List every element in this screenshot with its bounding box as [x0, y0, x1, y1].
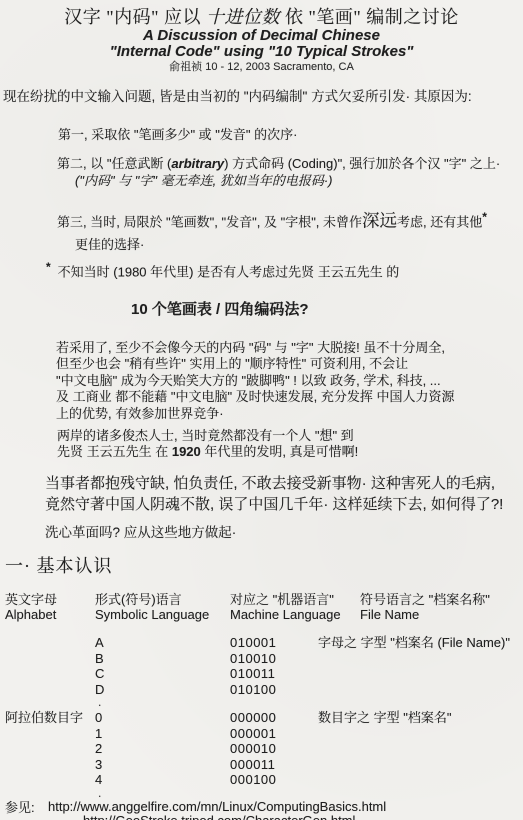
year-1920-bold: 1920: [172, 444, 201, 459]
digits-group-label: 阿拉伯数目字: [5, 710, 83, 726]
symbol-cell: 0: [95, 710, 230, 726]
lament-line1: 当事者都抱残守缺, 怕负责任, 不敢去接受新事物· 这种害死人的毛病,: [45, 473, 523, 494]
header-zh: 符号语言之 "档案名称": [360, 592, 490, 607]
column-header-alphabet: 英文字母Alphabet: [5, 592, 95, 622]
page-title-en-line1: A Discussion of Decimal Chinese: [0, 28, 523, 44]
header-zh: 形式(符号)语言: [95, 592, 182, 607]
machine-code-cell: 000001: [230, 726, 318, 742]
pity-paragraph: 两岸的诸多俊杰人士, 当时竟然都没有一个人 "想" 到 先贤 王云五先生 在 1…: [57, 428, 523, 460]
table-row: 4000100: [0, 772, 523, 788]
footnote: *不知当时 (1980 年代里) 是否有人考虑过先贤 王云五先生 的: [46, 259, 523, 280]
reference-link-1: http://www.anggelfire.com/mn/Linux/Compu…: [0, 800, 523, 814]
table-row: 2000010: [0, 741, 523, 757]
symbol-cell: 2: [95, 741, 230, 757]
page-title-zh: 汉字 "内码" 应以 十进位数 依 "笔画" 编制之讨论: [0, 6, 523, 28]
continuation-ellipsis: .: [0, 697, 523, 707]
table-row: A010001字母之 字型 "档案名 (File Name)": [0, 635, 523, 651]
symbol-cell: D: [95, 682, 230, 698]
pity-line2-post: 年代里的发明, 真是可惜啊!: [201, 444, 358, 459]
reason-second-seg1: 第二, 以 "任意武断 (: [57, 156, 171, 171]
header-en: Alphabet: [5, 607, 95, 622]
digits-group: 阿拉伯数目字 0000000数目字之 字型 "档案名" 1000001 2000…: [0, 710, 523, 798]
table-row: 1000001: [0, 726, 523, 742]
title-zh-italic: 十进位数: [206, 7, 280, 27]
note-cell: [318, 682, 523, 698]
asterisk-superscript: *: [482, 210, 487, 224]
symbol-cell: B: [95, 651, 230, 667]
reason-third: 第三, 当时, 局限於 "笔画数", "发音", 及 "字根", 未曾作深远考虑…: [57, 206, 523, 253]
adopt-line: 上的优势, 有效参加世界竞争·: [56, 406, 523, 423]
column-header-filename: 符号语言之 "档案名称"File Name: [360, 592, 523, 622]
stroke-table-highlight: 10 个笔画表 / 四角编码法?: [131, 301, 523, 319]
footnote-text: 不知当时 (1980 年代里) 是否有人考虑过先贤 王云五先生 的: [58, 265, 400, 280]
intro-paragraph: 现在纷扰的中文输入问题, 皆是由当初的 "内码编制" 方式欠妥所引发· 其原因为…: [3, 88, 523, 105]
reason-third-seg2: 考虑, 还有其他: [397, 214, 482, 229]
arbitrary-emphasis: arbitrary: [171, 156, 224, 171]
reason-third-line2: 更佳的选择·: [57, 237, 523, 253]
note-cell: [318, 757, 523, 773]
footnote-marker: *: [46, 260, 51, 274]
reason-first: 第一, 采取依 "笔画多少" 或 "发音" 的次序·: [58, 126, 523, 143]
references-footer: 参见: http://www.anggelfire.com/mn/Linux/C…: [0, 800, 523, 820]
lament-paragraph: 当事者都抱残守缺, 怕负责任, 不敢去接受新事物· 这种害死人的毛病, 竟然守著…: [45, 473, 523, 515]
scanned-document-page: 汉字 "内码" 应以 十进位数 依 "笔画" 编制之讨论 A Discussio…: [0, 0, 523, 820]
adopt-line: 若采用了, 至少不会像今天的内码 "码" 与 "字" 大脱接! 虽不十分周全,: [56, 340, 523, 357]
letters-group: A010001字母之 字型 "档案名 (File Name)" B010010 …: [0, 635, 523, 707]
adopt-line: 及 工商业 都不能藉 "中文电脑" 及时快速发展, 充分发挥 中国人力资源: [56, 389, 523, 406]
machine-code-cell: 010100: [230, 682, 318, 698]
references-label: 参见:: [5, 801, 35, 815]
machine-code-cell: 000000: [230, 710, 318, 726]
note-cell: [318, 772, 523, 788]
note-cell: [318, 726, 523, 742]
reason-third-line1: 第三, 当时, 局限於 "笔画数", "发音", 及 "字根", 未曾作深远考虑…: [57, 206, 523, 233]
reason-second: 第二, 以 "任意武断 (arbitrary) 方式命码 (Coding)", …: [57, 156, 523, 189]
continuation-ellipsis: .: [0, 788, 523, 798]
note-cell: [318, 741, 523, 757]
table-row: B010010: [0, 651, 523, 667]
pity-line2-pre: 先贤 王云五先生 在: [57, 444, 172, 459]
lament-line2: 竟然守著中国人阴魂不散, 误了中国几千年· 这样延续下去, 如何得了?!: [45, 494, 523, 515]
reason-third-seg1: 第三, 当时, 局限於 "笔画数", "发音", 及 "字根", 未曾作: [57, 214, 362, 229]
section-heading: 一· 基本认识: [5, 555, 523, 577]
table-row: C010011: [0, 666, 523, 682]
column-header-machine: 对应之 "机器语言"Machine Language: [230, 592, 360, 622]
pity-line1: 两岸的诸多俊杰人士, 当时竟然都没有一个人 "想" 到: [57, 428, 523, 444]
adopt-line: 但至少也会 "稍有些许" 实用上的 "顺序特性" 可资利用, 不会让: [56, 356, 523, 373]
header-zh: 对应之 "机器语言": [230, 592, 334, 607]
machine-code-cell: 010001: [230, 635, 318, 651]
symbol-cell: A: [95, 635, 230, 651]
reform-line: 洗心革面吗? 应从这些地方做起·: [45, 524, 523, 541]
symbol-cell: C: [95, 666, 230, 682]
reason-second-seg2: ) 方式命码 (Coding)", 强行加於各个汉 "字" 之上·: [224, 156, 500, 171]
symbol-cell: 1: [95, 726, 230, 742]
adopt-line: "中文电脑" 成为今天贻笑大方的 "跛脚鸭" ! 以致 政务, 学术, 科技, …: [56, 373, 523, 390]
machine-code-cell: 000011: [230, 757, 318, 773]
note-cell: [318, 651, 523, 667]
header-en: Symbolic Language: [95, 607, 230, 622]
byline: 俞祖祯 10 - 12, 2003 Sacramento, CA: [0, 60, 523, 74]
machine-code-cell: 000010: [230, 741, 318, 757]
reason-second-note: ("内码" 与 "字" 毫无牵连, 犹如当年的电报码·): [57, 173, 523, 190]
machine-code-cell: 000100: [230, 772, 318, 788]
symbol-cell: 3: [95, 757, 230, 773]
note-cell: 数目字之 字型 "档案名": [318, 710, 523, 726]
title-zh-pre: 汉字 "内码" 应以: [64, 7, 206, 27]
pity-line2: 先贤 王云五先生 在 1920 年代里的发明, 真是可惜啊!: [57, 444, 523, 460]
header-en: Machine Language: [230, 607, 360, 622]
symbol-cell: 4: [95, 772, 230, 788]
table-row: D010100: [0, 682, 523, 698]
adopt-paragraph: 若采用了, 至少不会像今天的内码 "码" 与 "字" 大脱接! 虽不十分周全, …: [56, 340, 523, 423]
note-cell: 字母之 字型 "档案名 (File Name)": [318, 635, 523, 651]
page-title-en-line2: "Internal Code" using "10 Typical Stroke…: [0, 44, 523, 60]
header-en: File Name: [360, 607, 523, 622]
header-zh: 英文字母: [5, 592, 57, 607]
shenyuan-emphasis: 深远: [362, 210, 397, 230]
title-zh-post: 依 "笔画" 编制之讨论: [280, 7, 459, 27]
table-row: 3000011: [0, 757, 523, 773]
encoding-table: 英文字母Alphabet 形式(符号)语言Symbolic Language 对…: [0, 592, 523, 798]
machine-code-cell: 010010: [230, 651, 318, 667]
table-header-row: 英文字母Alphabet 形式(符号)语言Symbolic Language 对…: [0, 592, 523, 622]
column-header-symbolic: 形式(符号)语言Symbolic Language: [95, 592, 230, 622]
machine-code-cell: 010011: [230, 666, 318, 682]
reference-link-2: http://GeoStroke.tripod.com/CharacterGen…: [0, 814, 523, 820]
note-cell: [318, 666, 523, 682]
